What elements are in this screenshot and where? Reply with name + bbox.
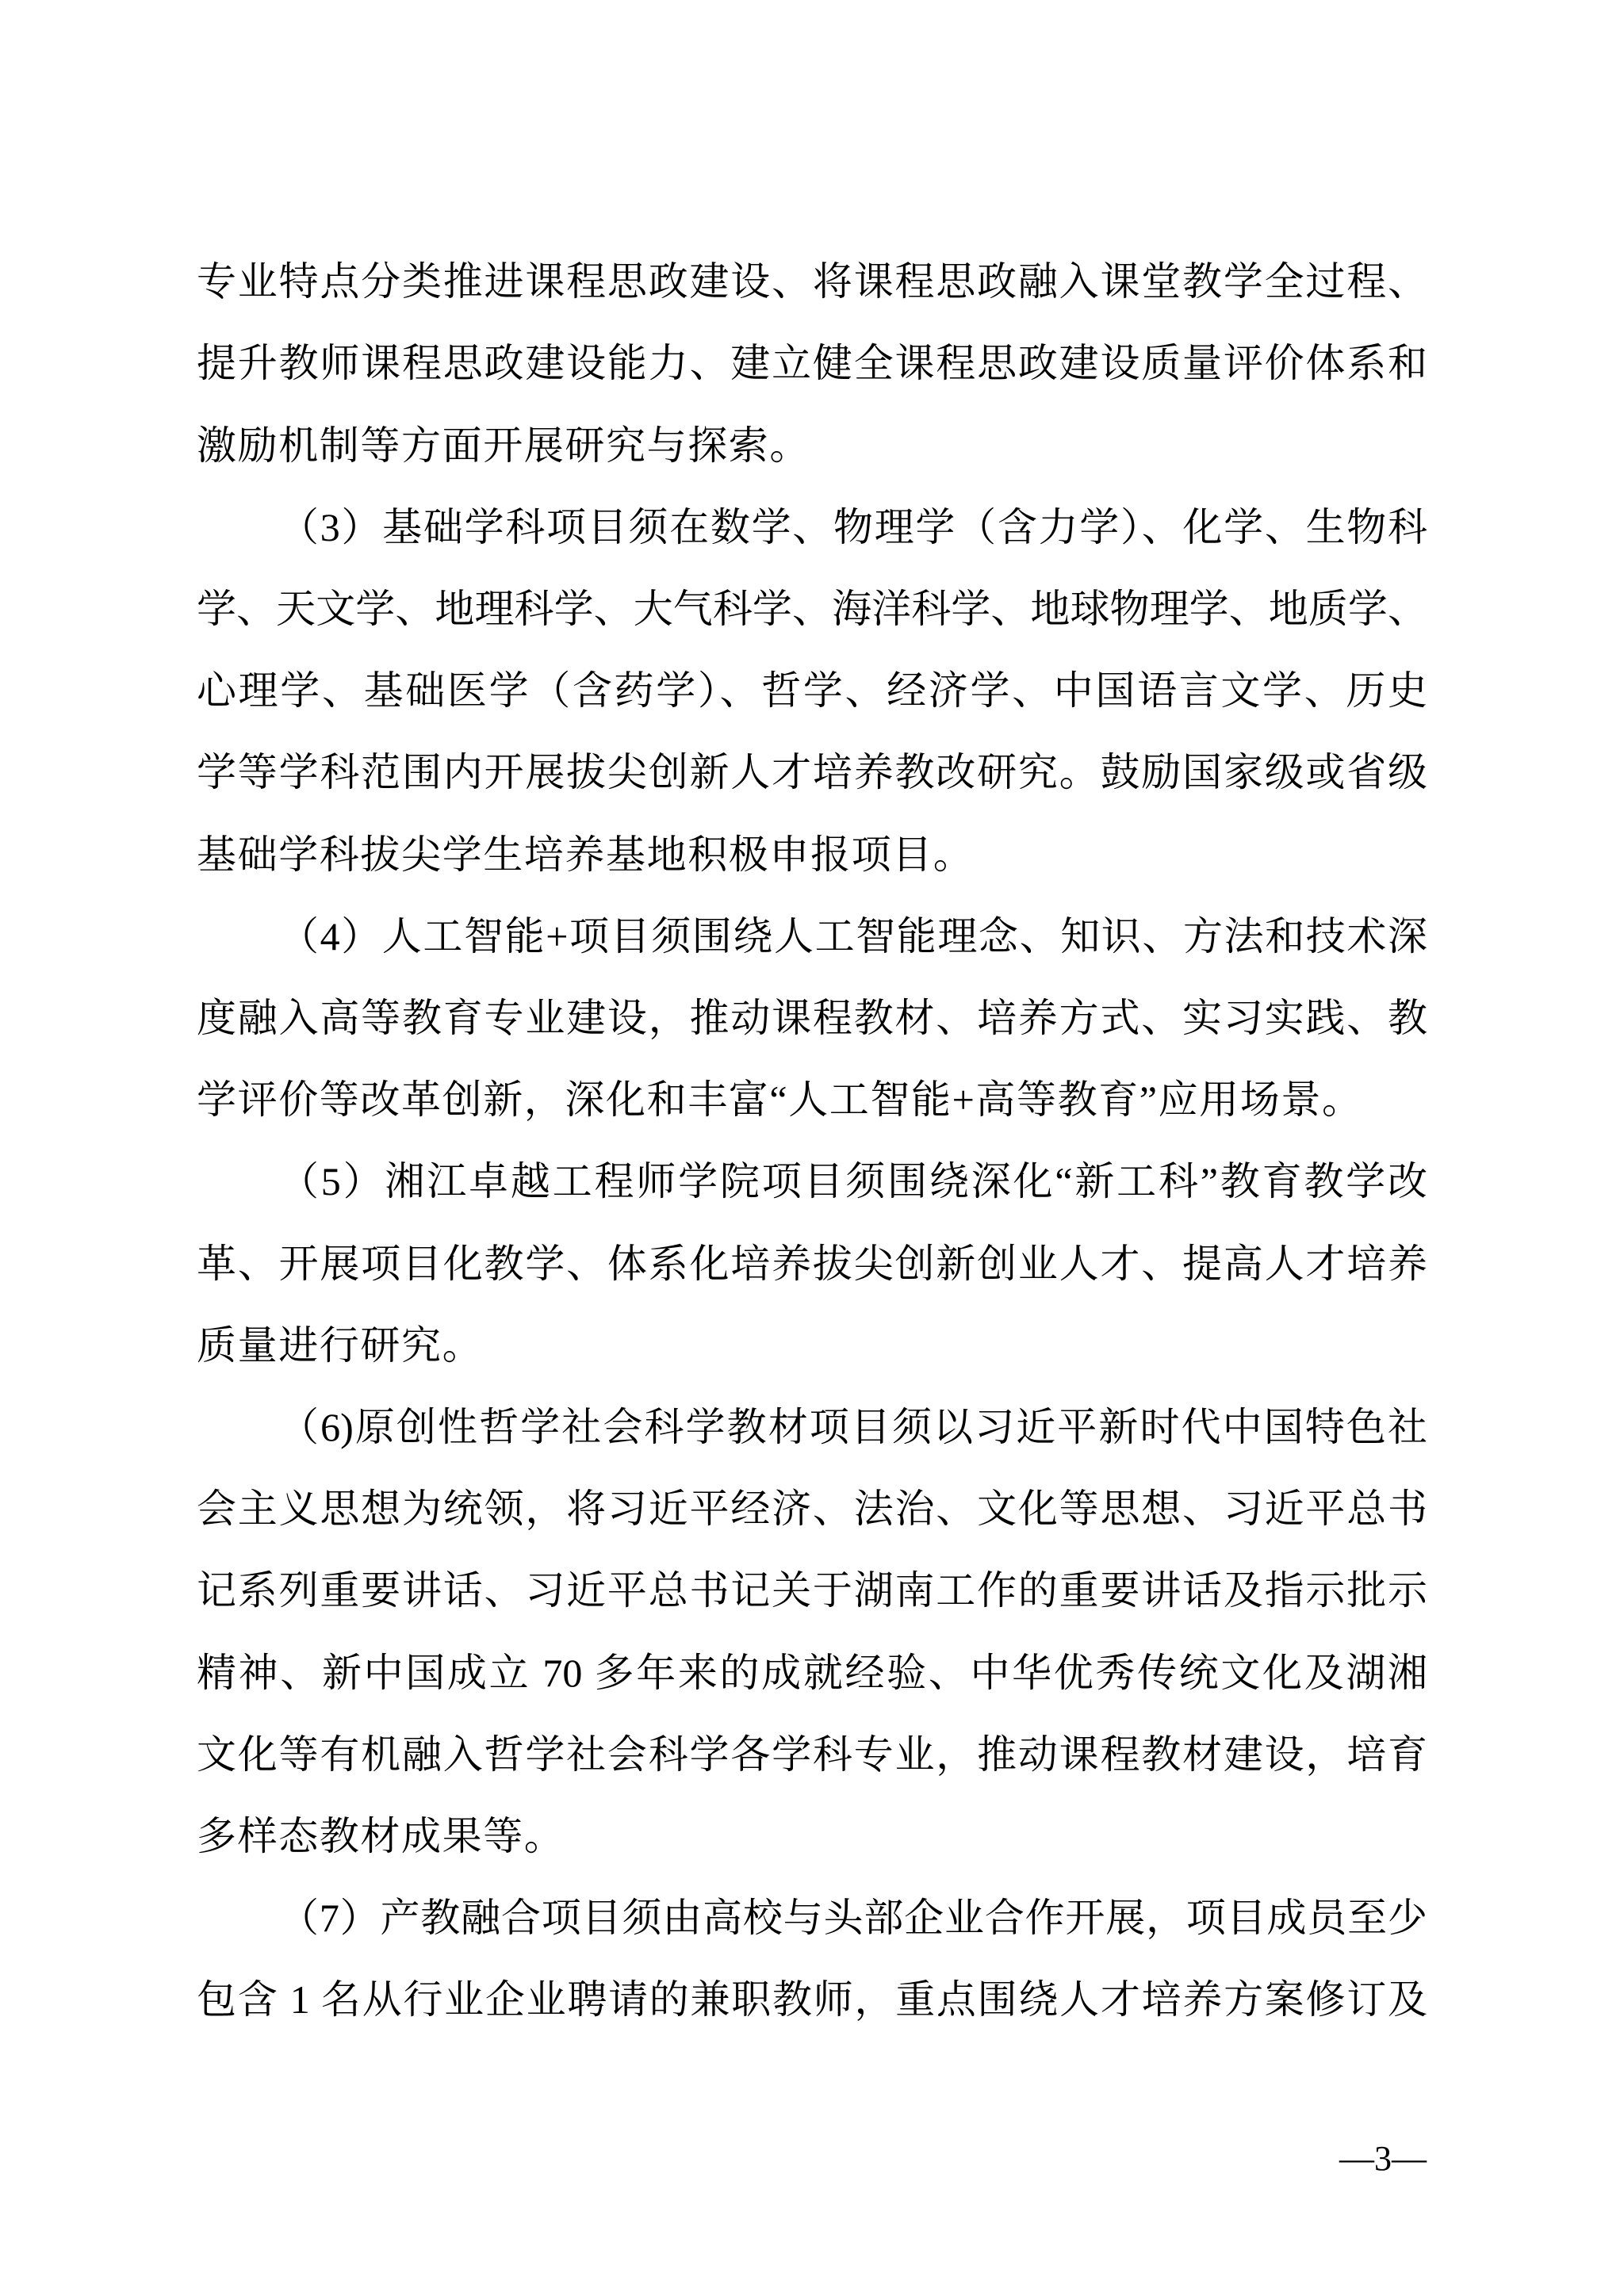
text-line: 会主义思想为统领，将习近平经济、法治、文化等思想、习近平总书	[197, 1485, 1427, 1533]
paragraph-3-first-line: （3）基础学科项目须在数学、物理学（含力学）、化学、生物科	[279, 503, 1427, 551]
text-line: 基础学科拔尖学生培养基地积极申报项目。	[197, 831, 1427, 878]
text-line: 学评价等改革创新，深化和丰富“人工智能+高等教育”应用场景。	[197, 1076, 1427, 1123]
text-line: 文化等有机融入哲学社会科学各学科专业，推动课程教材建设，培育	[197, 1731, 1427, 1778]
text-line: 度融入高等教育专业建设，推动课程教材、培养方式、实习实践、教	[197, 994, 1427, 1042]
text-line: 质量进行研究。	[197, 1322, 1427, 1369]
text-line: 学、天文学、地理科学、大气科学、海洋科学、地球物理学、地质学、	[197, 585, 1427, 633]
text-line: 记系列重要讲话、习近平总书记关于湖南工作的重要讲话及指示批示	[197, 1567, 1427, 1614]
text-line: 心理学、基础医学（含药学）、哲学、经济学、中国语言文学、历史	[197, 667, 1427, 714]
page-number: —3—	[1335, 2141, 1431, 2177]
text-line: 革、开展项目化教学、体系化培养拔尖创新创业人才、提高人才培养	[197, 1240, 1427, 1288]
text-line: 学等学科范围内开展拔尖创新人才培养教改研究。鼓励国家级或省级	[197, 748, 1427, 796]
document-page: 专业特点分类推进课程思政建设、将课程思政融入课堂教学全过程、 提升教师课程思政建…	[0, 0, 1624, 2296]
paragraph-7-first-line: （7）产教融合项目须由高校与头部企业合作开展，项目成员至少	[279, 1894, 1427, 1942]
text-line: 精神、新中国成立 70 多年来的成就经验、中华优秀传统文化及湖湘	[197, 1649, 1427, 1697]
text-line: 专业特点分类推进课程思政建设、将课程思政融入课堂教学全过程、	[197, 258, 1427, 305]
paragraph-5-first-line: （5）湘江卓越工程师学院项目须围绕深化“新工科”教育教学改	[279, 1158, 1427, 1205]
text-line: 包含 1 名从行业企业聘请的兼职教师，重点围绕人才培养方案修订及	[197, 1976, 1427, 2023]
paragraph-4-first-line: （4）人工智能+项目须围绕人工智能理念、知识、方法和技术深	[279, 913, 1427, 960]
paragraph-6-first-line: （6)原创性哲学社会科学教材项目须以习近平新时代中国特色社	[279, 1403, 1427, 1451]
text-line: 多样态教材成果等。	[197, 1812, 1427, 1860]
text-line: 激励机制等方面开展研究与探索。	[197, 422, 1427, 469]
text-line: 提升教师课程思政建设能力、建立健全课程思政建设质量评价体系和	[197, 339, 1427, 387]
